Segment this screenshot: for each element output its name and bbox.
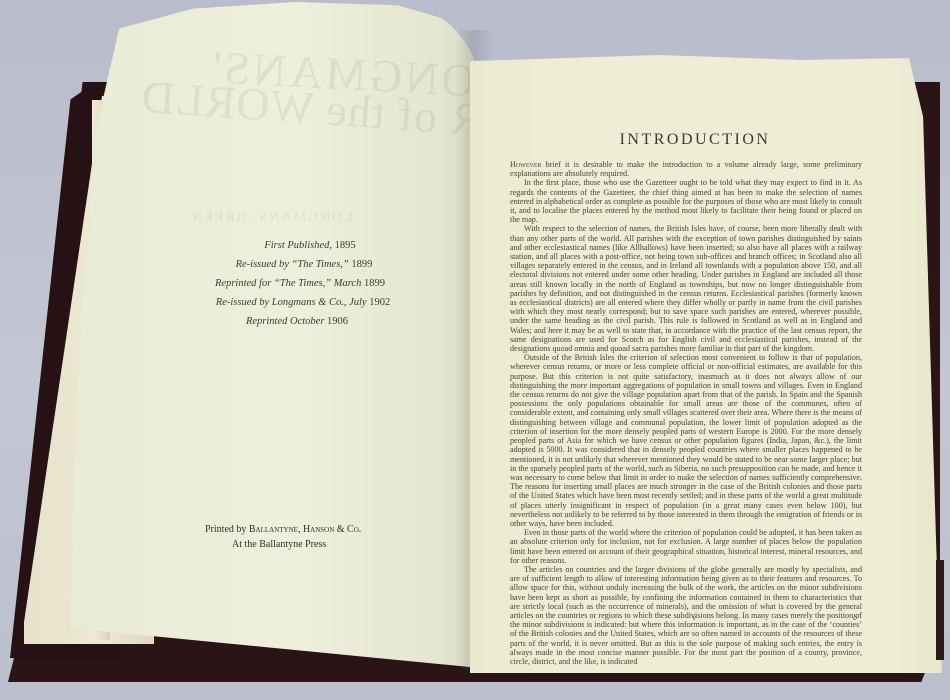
imprint-line: Re-issued by Longmans & Co., July 1902 [175,293,425,312]
printer-credit: Printed by Ballantyne, Hanson & Co. At t… [205,522,361,552]
imprint-label: First Published, [264,240,332,251]
printer-line-2: At the Ballantyne Press [205,537,361,552]
paragraph: Even in those parts of the world where t… [510,528,862,565]
signature-mark: b [853,613,857,622]
imprint-line: Re-issued by “The Times,” 1899 [175,255,425,274]
paragraph: The articles on countries and the larger… [510,565,862,666]
imprint-line: First Published, 1895 [175,236,425,255]
paragraph: With respect to the selection of names, … [510,224,862,353]
imprint-label: Reprinted October [246,316,324,327]
page-title: INTRODUCTION [545,131,845,149]
imprint-line: Reprinted October 1906 [169,312,425,331]
photo-scene: LONGMANS' GAZETTEER of the WORLD LONGMAN… [0,0,950,700]
paragraph: However brief it is desirable to make th… [510,160,862,178]
printer-name: Ballantyne, Hanson & Co. [249,524,361,535]
paragraph-text: brief it is desirable to make the introd… [510,160,862,178]
paragraph: In the first place, those who use the Ga… [510,178,862,224]
introduction-body: However brief it is desirable to make th… [510,160,862,666]
imprint-year: 1899 [364,278,385,289]
printer-prefix: Printed by [205,524,249,535]
imprint-year: 1902 [369,297,390,308]
imprint-line: Reprinted for “The Times,” March 1899 [175,274,425,293]
imprint-year: 1906 [327,316,348,327]
imprint-year: 1899 [351,259,372,270]
imprint-history: First Published, 1895 Re-issued by “The … [175,236,425,331]
imprint-year: 1895 [335,240,356,251]
paragraph: Outside of the British Isles the criteri… [510,353,862,528]
drop-lead-word: However [510,160,542,169]
printer-line-1: Printed by Ballantyne, Hanson & Co. [205,524,361,535]
page-number: v [692,613,696,622]
ghost-text-publisher: LONGMANS, GREEN [190,210,353,226]
imprint-label: Re-issued by Longmans & Co., July [216,297,367,308]
imprint-label: Re-issued by “The Times,” [236,259,349,270]
cover-right-edge [936,560,944,660]
imprint-label: Reprinted for “The Times,” March [215,278,361,289]
